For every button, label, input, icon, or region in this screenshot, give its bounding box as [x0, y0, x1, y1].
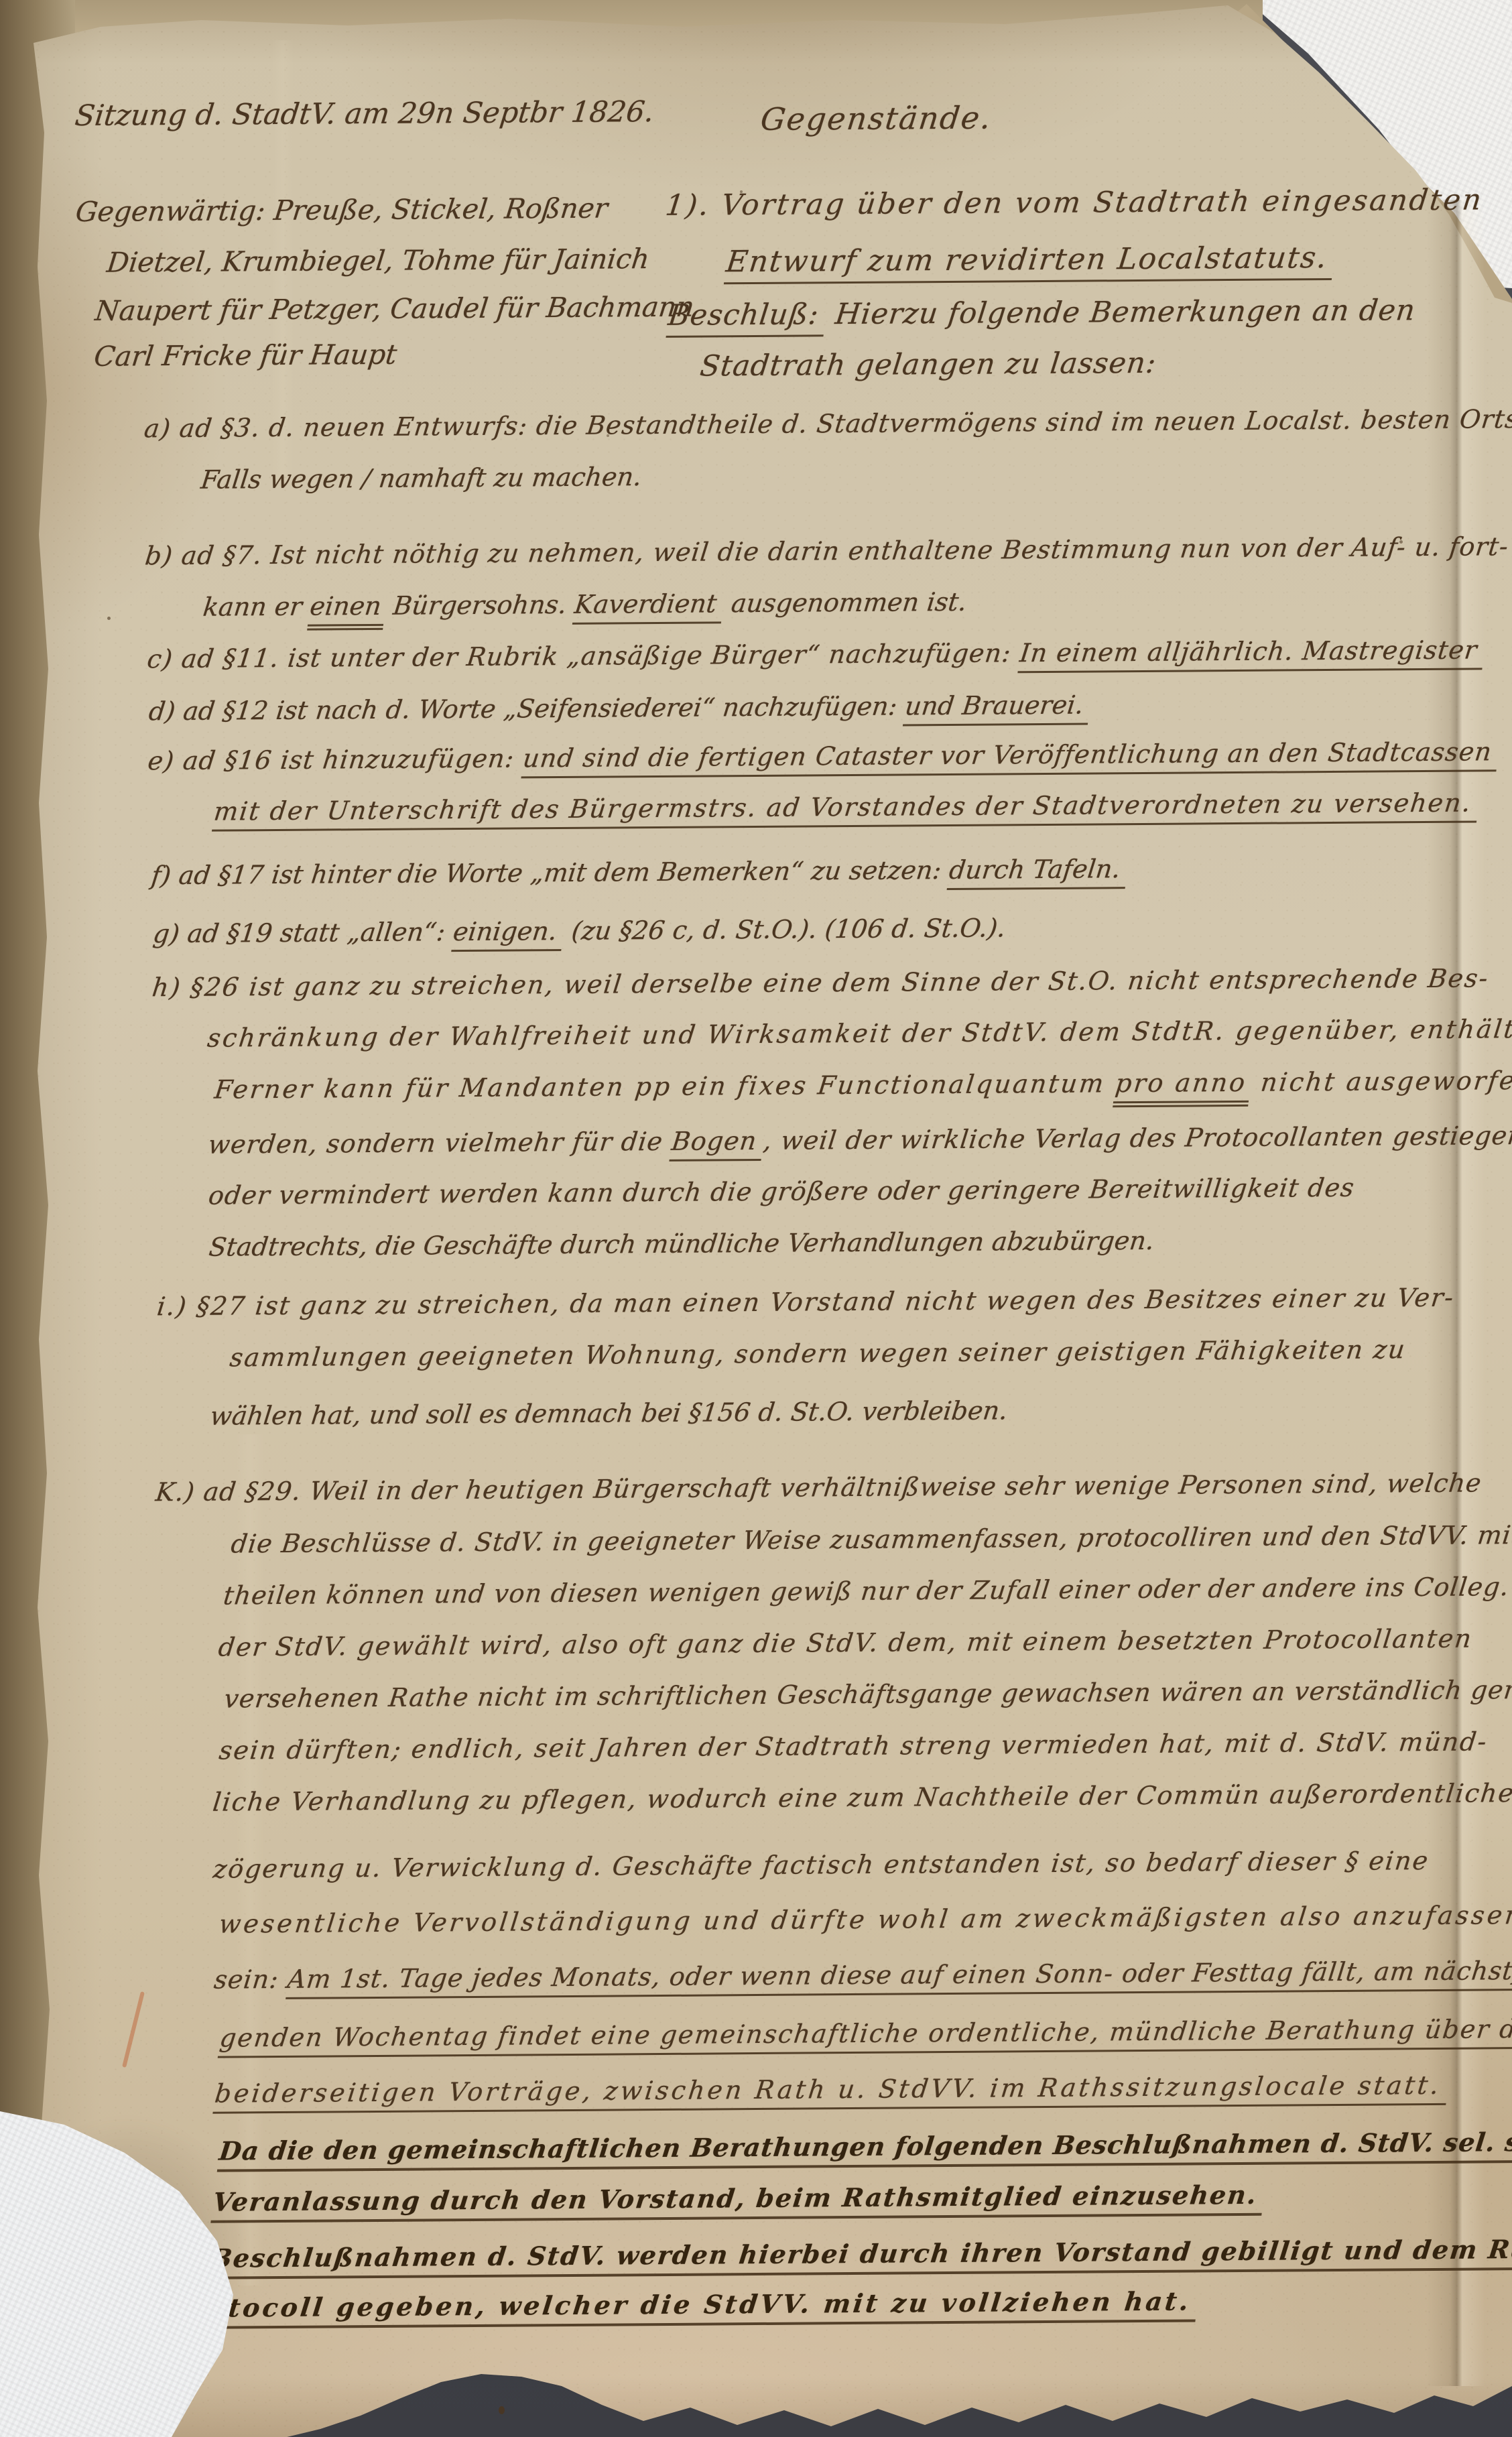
phrase: Sitzung d. StadtV. am 29n Septbr 1826. [73, 95, 656, 136]
phrase: i.) §27 ist ganz zu streichen, da man ei… [155, 1283, 1456, 1325]
phrase: Gegenwärtig: Preuße, Stickel, Roßner [74, 192, 610, 231]
phrase: Ferner kann für Mandanten pp ein fixes F… [212, 1068, 1117, 1107]
attendees-line: Carl Fricke für Haupt [94, 338, 397, 373]
underlined-phrase: genden Wochentag findet eine gemeinschaf… [218, 2014, 1512, 2058]
phrase: wählen hat, und soll es demnach bei §156… [208, 1395, 1009, 1434]
attendees-line: Dietzel, Krumbiegel, Tohme für Jainich [107, 243, 649, 279]
items-line: g) ad §19 statt „allen“: einigen. (zu §2… [153, 913, 1006, 948]
phrase: zögerung u. Verwicklung d. Geschäfte fac… [211, 1846, 1431, 1887]
items-line: schränkung der Wahlfreiheit und Wirksamk… [208, 1014, 1512, 1053]
items-line: a) ad §3. d. neuen Entwurfs: die Bestand… [144, 404, 1512, 443]
phrase: Carl Fricke für Haupt [92, 338, 399, 376]
phrase: sein dürften; endlich, seit Jahren der S… [217, 1727, 1489, 1768]
items-line: zögerung u. Verwicklung d. Geschäfte fac… [213, 1846, 1429, 1884]
underlined-phrase: Veranlassung durch den Vorstand, beim Ra… [210, 2180, 1266, 2223]
phrase: schränkung der Wahlfreiheit und Wirksamk… [206, 1014, 1512, 1056]
phrase: Falls wegen / namhaft zu machen. [199, 462, 643, 498]
underlined-phrase: Kaverdient [572, 588, 725, 625]
attendees-line: Gegenwärtig: Preuße, Stickel, Roßner [76, 192, 608, 229]
phrase: sammlungen geeigneten Wohnung, sondern w… [228, 1334, 1407, 1375]
photograph-of-manuscript: Sitzung d. StadtV. am 29n Septbr 1826.Ge… [0, 0, 1512, 2437]
attendees-line: Naupert für Petzger, Caudel für Bachmann [95, 291, 694, 327]
phrase: theilen können und von diesen wenigen ge… [221, 1572, 1511, 1613]
phrase: ausgenommen ist. [721, 587, 968, 622]
phrase: Bürgersohns. [383, 590, 576, 624]
underlined-phrase: Bogen [670, 1126, 765, 1162]
phrase: Stadtrath gelangen zu lassen: [698, 347, 1158, 387]
items-line: f) ad §17 ist hinter die Worte „mit dem … [151, 854, 1127, 890]
items-line: K.) ad §29. Weil in der heutigen Bürgers… [155, 1468, 1481, 1507]
phrase: die Beschlüsse d. StdV. in geeigneter We… [229, 1520, 1512, 1562]
underlined-phrase: und Brauerei. [903, 690, 1092, 726]
items-line: genden Wochentag findet eine gemeinschaf… [220, 2014, 1512, 2053]
items-line: theilen können und von diesen wenigen ge… [223, 1572, 1509, 1610]
phrase: d) ad §12 ist nach d. Worte „Seifensiede… [147, 691, 907, 729]
phrase: Dietzel, Krumbiegel, Tohme für Jainich [105, 243, 651, 282]
underlined-phrase: In einem alljährlich. Mastregister [1017, 635, 1485, 673]
underlined-phrase: beiderseitigen Vorträge, zwischen Rath u… [212, 2070, 1450, 2114]
underlined-phrase: mit der Unterschrift des Bürgermstrs. ad… [212, 788, 1480, 831]
items-line: Da die den gemeinschaftlichen Berathunge… [219, 2125, 1512, 2166]
phrase: liche Verhandlung zu pflegen, wodurch ei… [211, 1777, 1512, 1820]
phrase: der StdV. gewählt wird, also oft ganz di… [216, 1624, 1474, 1666]
phrase: f) ad §17 ist hinter die Worte „mit dem … [149, 855, 951, 893]
agenda-line: Gegenstände. [761, 100, 992, 137]
underlined-phrase: Am 1st. Tage jedes Monats, oder wenn die… [286, 1956, 1512, 1999]
closing-line: Protocoll gegeben, welcher die StdVV. mi… [171, 2286, 1198, 2323]
items-line: e) ad §16 ist hinzuzufügen: und sind die… [148, 737, 1499, 775]
items-line: versehenen Rathe nicht im schriftlichen … [224, 1675, 1512, 1714]
underlined-phrase: die Beschlußnahmen d. StdV. werden hierb… [150, 2233, 1512, 2279]
items-line: werden, sondern vielmehr für die Bogen, … [208, 1121, 1512, 1160]
items-line: liche Verhandlung zu pflegen, wodurch ei… [213, 1777, 1512, 1816]
phrase: Stadtrechts, die Geschäfte durch mündlic… [207, 1226, 1156, 1265]
items-line: kann er einen Bürgersohns. Kaverdient au… [203, 587, 966, 622]
phrase: wesentliche Vervollständigung und dürfte… [217, 1900, 1512, 1942]
items-line: sein: Am 1st. Tage jedes Monats, oder we… [214, 1956, 1512, 1995]
items-line: der StdV. gewählt wird, also oft ganz di… [218, 1624, 1472, 1662]
phrase: nicht ausgeworfen [1249, 1066, 1512, 1101]
phrase: oder vermindert werden kann durch die gr… [206, 1173, 1356, 1214]
items-line: die Beschlüsse d. StdV. in geeigneter We… [231, 1520, 1512, 1559]
phrase: 1). Vortrag über den vom Stadtrath einge… [664, 183, 1485, 226]
phrase: b) ad §7. Ist nicht nöthig zu nehmen, we… [143, 532, 1511, 574]
items-line: Veranlassung durch den Vorstand, beim Ra… [213, 2180, 1265, 2217]
phrase: g) ad §19 statt „allen“: [151, 917, 455, 952]
agenda-line: Entwurf zum revidirten Localstatuts. [727, 241, 1335, 279]
underlined-phrase: Protocoll gegeben, welcher die StdVV. mi… [168, 2286, 1199, 2329]
items-line: i.) §27 ist ganz zu streichen, da man ei… [157, 1283, 1454, 1322]
agenda-line: Beschluß: Hierzu folgende Bemerkungen an… [668, 294, 1415, 332]
underlined-phrase: Da die den gemeinschaftlichen Berathunge… [217, 2125, 1512, 2172]
items-line: wählen hat, und soll es demnach bei §156… [210, 1395, 1008, 1430]
items-line: b) ad §7. Ist nicht nöthig zu nehmen, we… [145, 532, 1509, 570]
phrase: Naupert für Petzger, Caudel für Bachmann [93, 291, 696, 330]
phrase: h) §26 ist ganz zu streichen, weil derse… [150, 963, 1491, 1005]
phrase: a) ad §3. d. neuen Entwurfs: die Bestand… [142, 404, 1512, 446]
underlined-phrase: durch Tafeln. [947, 854, 1129, 890]
items-line: wesentliche Vervollständigung und dürfte… [219, 1900, 1512, 1939]
items-line: Ferner kann für Mandanten pp ein fixes F… [214, 1066, 1512, 1105]
phrase: c) ad §11. ist unter der Rubrik „ansäßig… [145, 638, 1022, 677]
items-line: mit der Unterschrift des Bürgermstrs. ad… [214, 788, 1478, 826]
items-line: h) §26 ist ganz zu streichen, weil derse… [152, 963, 1489, 1002]
items-line: beiderseitigen Vorträge, zwischen Rath u… [215, 2070, 1448, 2109]
underlined-phrase: Entwurf zum revidirten Localstatuts. [724, 241, 1336, 284]
phrase: Gegenstände. [759, 99, 995, 140]
phrase: werden, sondern vielmehr für die [206, 1127, 674, 1163]
items-line: c) ad §11. ist unter der Rubrik „ansäßig… [147, 635, 1485, 674]
phrase: kann er [201, 592, 312, 625]
phrase: versehenen Rathe nicht im schriftlichen … [223, 1675, 1512, 1717]
underlined-phrase: pro anno [1113, 1068, 1253, 1107]
phrase: e) ad §16 ist hinzuzufügen: [146, 743, 525, 779]
underlined-phrase: und sind die fertigen Cataster vor Veröf… [521, 737, 1500, 778]
agenda-line: 1). Vortrag über den vom Stadtrath einge… [666, 183, 1483, 223]
underlined-phrase: einigen. [451, 916, 566, 952]
items-line: oder vermindert werden kann durch die gr… [208, 1173, 1354, 1210]
items-line: Falls wegen / namhaft zu machen. [201, 462, 642, 495]
phrase: , weil der wirkliche Verlag des Protocol… [761, 1121, 1512, 1159]
items-line: sein dürften; endlich, seit Jahren der S… [219, 1727, 1488, 1765]
title-line: Sitzung d. StadtV. am 29n Septbr 1826. [75, 95, 654, 133]
items-line: Stadtrechts, die Geschäfte durch mündlic… [209, 1226, 1154, 1262]
phrase: sein: [212, 1964, 289, 1998]
phrase: (zu §26 c, d. St.O.). (106 d. St.O.). [562, 913, 1007, 949]
phrase: K.) ad §29. Weil in der heutigen Bürgers… [153, 1468, 1483, 1510]
underlined-phrase: einen [308, 591, 387, 631]
items-line: d) ad §12 ist nach d. Worte „Seifensiede… [149, 690, 1090, 727]
agenda-line: Stadtrath gelangen zu lassen: [700, 347, 1157, 383]
closing-line: die Beschlußnahmen d. StdV. werden hierb… [152, 2233, 1512, 2273]
items-line: sammlungen geeigneten Wohnung, sondern w… [230, 1334, 1406, 1372]
phrase: Hierzu folgende Bemerkungen an den [823, 294, 1417, 334]
